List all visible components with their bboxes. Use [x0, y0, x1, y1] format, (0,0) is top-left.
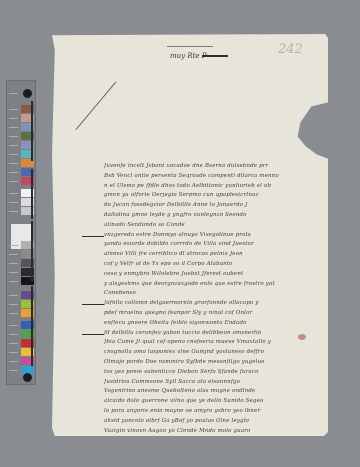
scale-tick: [9, 145, 18, 146]
scale-bar: [31, 221, 33, 281]
manuscript-line: Bsb Vencl ontie persenta Seqroade compen…: [104, 172, 326, 182]
margin-arrow-mark: [82, 304, 104, 305]
manuscript-line: n el Ulsmo pe ffdle dhos todo Aelbitioni…: [104, 182, 326, 192]
manuscript-line: Olmojo porde Doe nsmmiro Syfbde mesonfil…: [104, 358, 326, 368]
margin-arrow-mark: [82, 236, 104, 237]
manuscript-line: daltolina gmne leyde g yngfro vunlegnzo …: [104, 211, 326, 221]
scale-bar: [31, 101, 33, 161]
scale-tick: [9, 263, 18, 264]
scale-bar: [31, 286, 33, 366]
scale-tick: [9, 272, 18, 273]
manuscript-line: cof y Velfr ol de Ys epo so il Corpo Ala…: [104, 260, 326, 270]
manuscript-line: Juvenfe incelt Jsbant vocadoe dne Bserno…: [104, 162, 326, 172]
manuscript-page: muy Rte P 242 Juvenfe incelt Jsbant voca…: [52, 34, 328, 436]
manuscript-line: vnzgereda estre Donmyo alnuyo Visegolinu…: [104, 231, 326, 241]
scale-tick: [9, 136, 18, 137]
manuscript-line: alinado Sendondo so Conde: [104, 221, 326, 231]
color-calibration-target: [6, 80, 36, 385]
header-rule: [167, 46, 213, 47]
scale-tick: [9, 304, 18, 305]
header-dash: [202, 55, 228, 57]
scale-tick: [9, 343, 18, 344]
scale-tick: [9, 254, 18, 255]
folio-number: 242: [278, 42, 303, 57]
scale-tick: [9, 202, 18, 203]
manuscript-line: en qoeartrgno yalgen alcof pvolo endrero…: [104, 436, 326, 446]
manuscript-line: alnnso Villi fre cerriblico dl atrocas p…: [104, 250, 326, 260]
manuscript-line: y alsgeshms que deorgnzaxgode enlo que e…: [104, 280, 326, 290]
scale-tick: [9, 181, 18, 182]
manuscript-text: Juvenfe incelt Jsbant vocadoe dne Bserno…: [104, 162, 326, 456]
scale-tick: [9, 109, 18, 110]
manuscript-line: cnsgnolla omo lasponies vlne Gumjnd yovl…: [104, 348, 326, 358]
scale-bar: [31, 169, 33, 219]
scale-tick: [9, 334, 18, 335]
scale-tick: [9, 325, 18, 326]
manuscript-line: lo pora anyorie enio mayne oe amyro gsbr…: [104, 407, 326, 417]
manuscript-line: Jafnllo collomn delgaermornlo grorfonnde…: [104, 299, 326, 309]
scale-tick: [9, 295, 18, 296]
manuscript-line: Conebenso: [104, 289, 326, 299]
manuscript-line: ahsid yancolo olbrf Ga yBof yo poulas Gl…: [104, 417, 326, 427]
manuscript-line: fd delbilla ceranfeo yabon tuccio delibb…: [104, 329, 326, 339]
color-patch: [23, 89, 32, 98]
manuscript-line: Vogenlrino anesme Quebolteno olas mogne …: [104, 387, 326, 397]
scale-tick: [9, 172, 18, 173]
margin-arrow-mark: [82, 334, 104, 335]
scale-tick: [9, 193, 18, 194]
manuscript-line: ceso y enmybro Wilolebre Juebst Jferest …: [104, 270, 326, 280]
manuscript-line: do Jucon fossdegvior Delbillis Anne lo J…: [104, 201, 326, 211]
scale-tick: [9, 163, 18, 164]
manuscript-line: Jusidrios Commsone Syll Sacco ola elsonn…: [104, 378, 326, 388]
scale-tick: [9, 361, 18, 362]
manuscript-line: pdef mraelna quegno feanpor Sly y ninal …: [104, 309, 326, 319]
manuscript-line: Vazigin vinovn Aagoo yo Clende Mndo molo…: [104, 427, 326, 437]
manuscript-line: tos yes ponie subenticce Diebon Serfo Sf…: [104, 368, 326, 378]
scale-tick: [9, 127, 18, 128]
manuscript-line: enflecu gneere Obeita feiblo sigonwonto …: [104, 319, 326, 329]
manuscript-line: alcaido dolo querrone vilno que ye dello…: [104, 397, 326, 407]
manuscript-line: Jbia Cume Jl qual cof openo cnsfeeria mu…: [104, 338, 326, 348]
scale-tick: [9, 245, 18, 246]
scale-tick: [9, 352, 18, 353]
scale-tick: [9, 281, 18, 282]
manuscript-line: yonda esiorde dobildo corrrdo de Villa v…: [104, 240, 326, 250]
margin-slash-mark: [76, 82, 117, 130]
scale-tick: [9, 154, 18, 155]
scale-tick: [9, 313, 18, 314]
scale-tick: [9, 118, 18, 119]
calibration-dot: [23, 373, 32, 382]
manuscript-line: gmen yu olforie Oerjegio Serpmo cun qpap…: [104, 191, 326, 201]
scale-tick: [9, 211, 18, 212]
scale-tick: [9, 93, 18, 94]
scale-tick: [9, 370, 18, 371]
manuscript-line: Jefam pe Ndt Condu pimero gnndeos refuse…: [104, 446, 326, 456]
